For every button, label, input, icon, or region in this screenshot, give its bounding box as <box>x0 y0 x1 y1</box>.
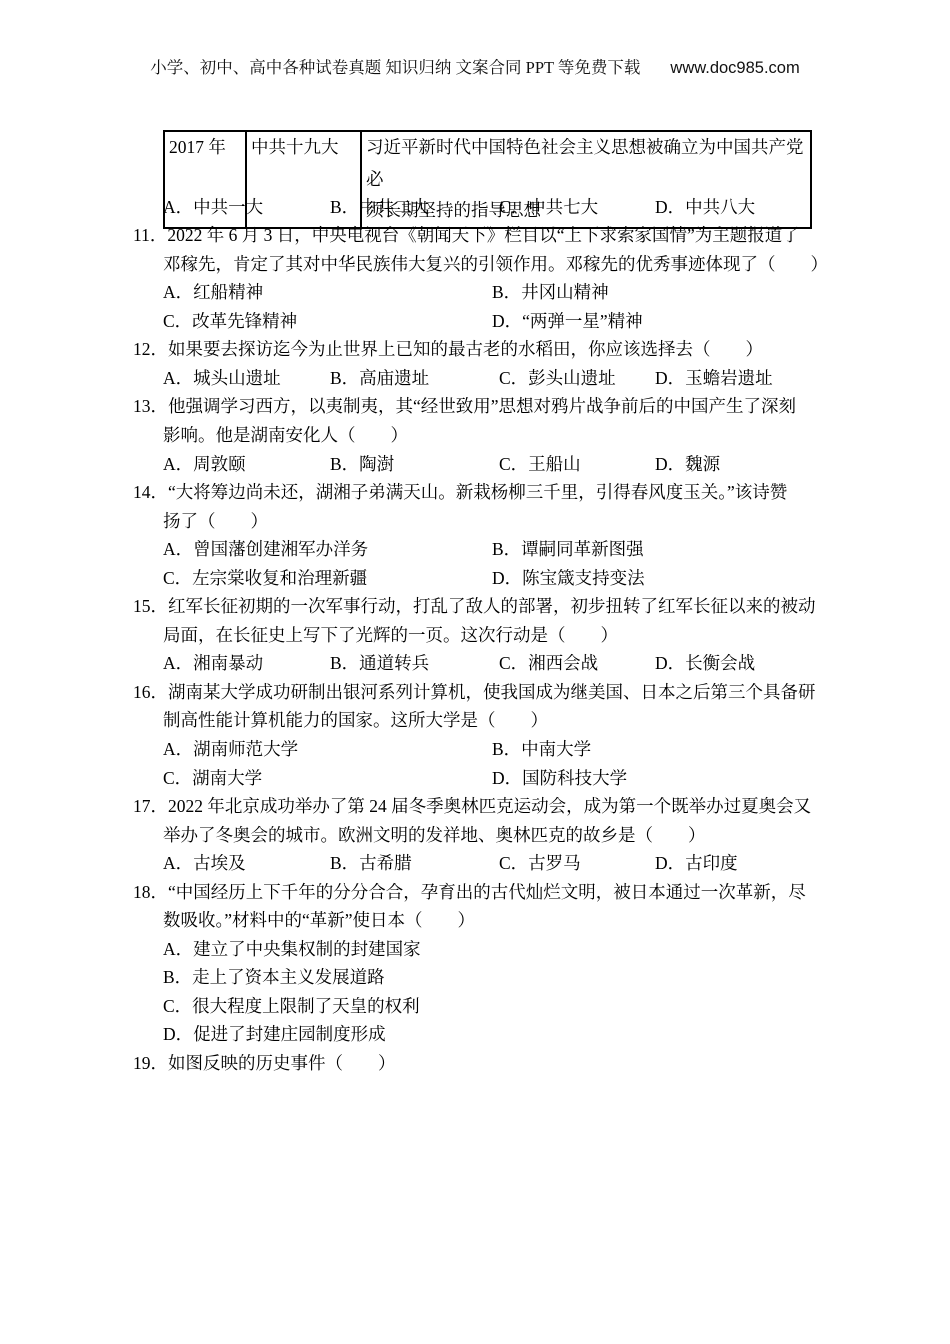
question-15-line: A．湘南暴动B．通道转兵C．湘西会战D．长衡会战 <box>133 649 843 678</box>
question-17-line: 举办了冬奥会的城市。欧洲文明的发祥地、奥林匹克的故乡是（ ） <box>133 821 843 850</box>
answer-option: C．古罗马 <box>499 849 581 878</box>
question-16-line: 制高性能计算机能力的国家。这所大学是（ ） <box>133 706 843 735</box>
question-text: 制高性能计算机能力的国家。这所大学是（ ） <box>163 706 548 735</box>
question-text: 13．他强调学习西方，以夷制夷，其“经世致用”思想对鸦片战争前后的中国产生了深刻 <box>133 392 796 421</box>
answer-option: A．湖南师范大学 <box>163 735 298 764</box>
answer-option: A．湘南暴动 <box>163 649 263 678</box>
answer-option: C．湘西会战 <box>499 649 598 678</box>
question-text: 局面，在长征史上写下了光辉的一页。这次行动是（ ） <box>163 621 618 650</box>
answer-option: C．彭头山遗址 <box>499 364 616 393</box>
answer-option: C．很大程度上限制了天皇的权利 <box>163 992 420 1021</box>
question-17-line: 17．2022 年北京成功举办了第 24 届冬季奥林匹克运动会，成为第一个既举办… <box>133 792 843 821</box>
header-url: www.doc985.com <box>670 59 799 77</box>
answer-option: C．左宗棠收复和治理新疆 <box>163 564 367 593</box>
answer-option: D．魏源 <box>655 450 720 479</box>
question-13-line: 影响。他是湖南安化人（ ） <box>133 421 843 450</box>
answer-option: A．周敦颐 <box>163 450 246 479</box>
question-14-line: A．曾国藩创建湘军办洋务B．谭嗣同革新图强 <box>133 535 843 564</box>
question-17-line: A．古埃及B．古希腊C．古罗马D．古印度 <box>133 849 843 878</box>
question-13-line: 13．他强调学习西方，以夷制夷，其“经世致用”思想对鸦片战争前后的中国产生了深刻 <box>133 392 843 421</box>
question-12-line: A．城头山遗址B．高庙遗址C．彭头山遗址D．玉蟾岩遗址 <box>133 364 843 393</box>
answer-option: B．井冈山精神 <box>492 278 609 307</box>
table-meeting-text: 中共十九大 <box>251 137 339 157</box>
question-10-line: A．中共一大B．中共二大C．中共七大D．中共八大 <box>133 193 843 222</box>
question-11-line: C．改革先锋精神D．“两弹一星”精神 <box>133 307 843 336</box>
answer-option: B．走上了资本主义发展道路 <box>163 963 385 992</box>
table-year-text: 2017 年 <box>169 137 226 157</box>
answer-option: B．中南大学 <box>492 735 591 764</box>
question-text: 17．2022 年北京成功举办了第 24 届冬季奥林匹克运动会，成为第一个既举办… <box>133 792 811 821</box>
answer-option: A．城头山遗址 <box>163 364 281 393</box>
answer-option: A．中共一大 <box>163 193 263 222</box>
answer-option: A．曾国藩创建湘军办洋务 <box>163 535 368 564</box>
exam-page: 小学、初中、高中各种试卷真题 知识归纳 文案合同 PPT 等免费下载www.do… <box>0 0 950 1344</box>
question-text: 15．红军长征初期的一次军事行动，打乱了敌人的部署，初步扭转了红军长征以来的被动 <box>133 592 816 621</box>
answer-option: D．“两弹一星”精神 <box>492 307 643 336</box>
header-tagline: 小学、初中、高中各种试卷真题 知识归纳 文案合同 PPT 等免费下载 <box>150 58 640 77</box>
question-text: 举办了冬奥会的城市。欧洲文明的发祥地、奥林匹克的故乡是（ ） <box>163 821 706 850</box>
answer-option: B．古希腊 <box>330 849 412 878</box>
answer-option: D．陈宝箴支持变法 <box>492 564 645 593</box>
answer-option: B．中共二大 <box>330 193 429 222</box>
question-11-line: A．红船精神B．井冈山精神 <box>133 278 843 307</box>
question-16-line: A．湖南师范大学B．中南大学 <box>133 735 843 764</box>
answer-option: C．王船山 <box>499 450 581 479</box>
answer-option: A．建立了中央集权制的封建国家 <box>163 935 421 964</box>
question-16-line: C．湖南大学D．国防科技大学 <box>133 764 843 793</box>
answer-option: A．红船精神 <box>163 278 263 307</box>
question-text: 18．“中国经历上下千年的分分合合，孕育出的古代灿烂文明，被日本通过一次革新，尽 <box>133 878 806 907</box>
answer-option: B．谭嗣同革新图强 <box>492 535 644 564</box>
answer-option: A．古埃及 <box>163 849 246 878</box>
question-18-line: B．走上了资本主义发展道路 <box>133 963 843 992</box>
answer-option: D．国防科技大学 <box>492 764 627 793</box>
answer-option: B．通道转兵 <box>330 649 429 678</box>
question-15-line: 15．红军长征初期的一次军事行动，打乱了敌人的部署，初步扭转了红军长征以来的被动 <box>133 592 843 621</box>
answer-option: C．中共七大 <box>499 193 598 222</box>
page-header: 小学、初中、高中各种试卷真题 知识归纳 文案合同 PPT 等免费下载www.do… <box>0 56 950 80</box>
answer-option: C．湖南大学 <box>163 764 262 793</box>
question-19-line: 19．如图反映的历史事件（ ） <box>133 1049 843 1078</box>
question-14-line: C．左宗棠收复和治理新疆D．陈宝箴支持变法 <box>133 564 843 593</box>
question-text: 19．如图反映的历史事件（ ） <box>133 1049 396 1078</box>
question-text: 数吸收。”材料中的“革新”使日本（ ） <box>163 906 475 935</box>
question-text: 邓稼先，肯定了其对中华民族伟大复兴的引领作用。邓稼先的优秀事迹体现了（ ） <box>163 250 828 279</box>
table-content-line1: 习近平新时代中国特色社会主义思想被确立为中国共产党必 <box>366 137 804 189</box>
questions-list: A．中共一大B．中共二大C．中共七大D．中共八大11．2022 年 6 月 3 … <box>133 193 843 1078</box>
answer-option: D．古印度 <box>655 849 738 878</box>
question-15-line: 局面，在长征史上写下了光辉的一页。这次行动是（ ） <box>133 621 843 650</box>
question-text: 11．2022 年 6 月 3 日，中央电视台《朝闻天下》栏目以“上下求索家国情… <box>133 221 800 250</box>
question-text: 影响。他是湖南安化人（ ） <box>163 421 408 450</box>
question-13-line: A．周敦颐B．陶澍C．王船山D．魏源 <box>133 450 843 479</box>
question-18-line: C．很大程度上限制了天皇的权利 <box>133 992 843 1021</box>
question-18-line: 数吸收。”材料中的“革新”使日本（ ） <box>133 906 843 935</box>
question-text: 14．“大将筹边尚未还，湖湘子弟满天山。新栽杨柳三千里，引得春风度玉关。”该诗赞 <box>133 478 787 507</box>
question-11-line: 11．2022 年 6 月 3 日，中央电视台《朝闻天下》栏目以“上下求索家国情… <box>133 221 843 250</box>
answer-option: D．中共八大 <box>655 193 755 222</box>
question-text: 扬了（ ） <box>163 507 268 536</box>
answer-option: B．高庙遗址 <box>330 364 429 393</box>
question-text: 12．如果要去探访迄今为止世界上已知的最古老的水稻田，你应该选择去（ ） <box>133 335 763 364</box>
answer-option: C．改革先锋精神 <box>163 307 297 336</box>
answer-option: D．玉蟾岩遗址 <box>655 364 773 393</box>
question-12-line: 12．如果要去探访迄今为止世界上已知的最古老的水稻田，你应该选择去（ ） <box>133 335 843 364</box>
answer-option: B．陶澍 <box>330 450 394 479</box>
question-18-line: 18．“中国经历上下千年的分分合合，孕育出的古代灿烂文明，被日本通过一次革新，尽 <box>133 878 843 907</box>
question-16-line: 16．湖南某大学成功研制出银河系列计算机，使我国成为继美国、日本之后第三个具备研 <box>133 678 843 707</box>
question-14-line: 14．“大将筹边尚未还，湖湘子弟满天山。新栽杨柳三千里，引得春风度玉关。”该诗赞 <box>133 478 843 507</box>
question-18-line: A．建立了中央集权制的封建国家 <box>133 935 843 964</box>
question-11-line: 邓稼先，肯定了其对中华民族伟大复兴的引领作用。邓稼先的优秀事迹体现了（ ） <box>133 250 843 279</box>
question-18-line: D．促进了封建庄园制度形成 <box>133 1020 843 1049</box>
question-text: 16．湖南某大学成功研制出银河系列计算机，使我国成为继美国、日本之后第三个具备研 <box>133 678 816 707</box>
question-14-line: 扬了（ ） <box>133 507 843 536</box>
answer-option: D．促进了封建庄园制度形成 <box>163 1020 386 1049</box>
answer-option: D．长衡会战 <box>655 649 755 678</box>
